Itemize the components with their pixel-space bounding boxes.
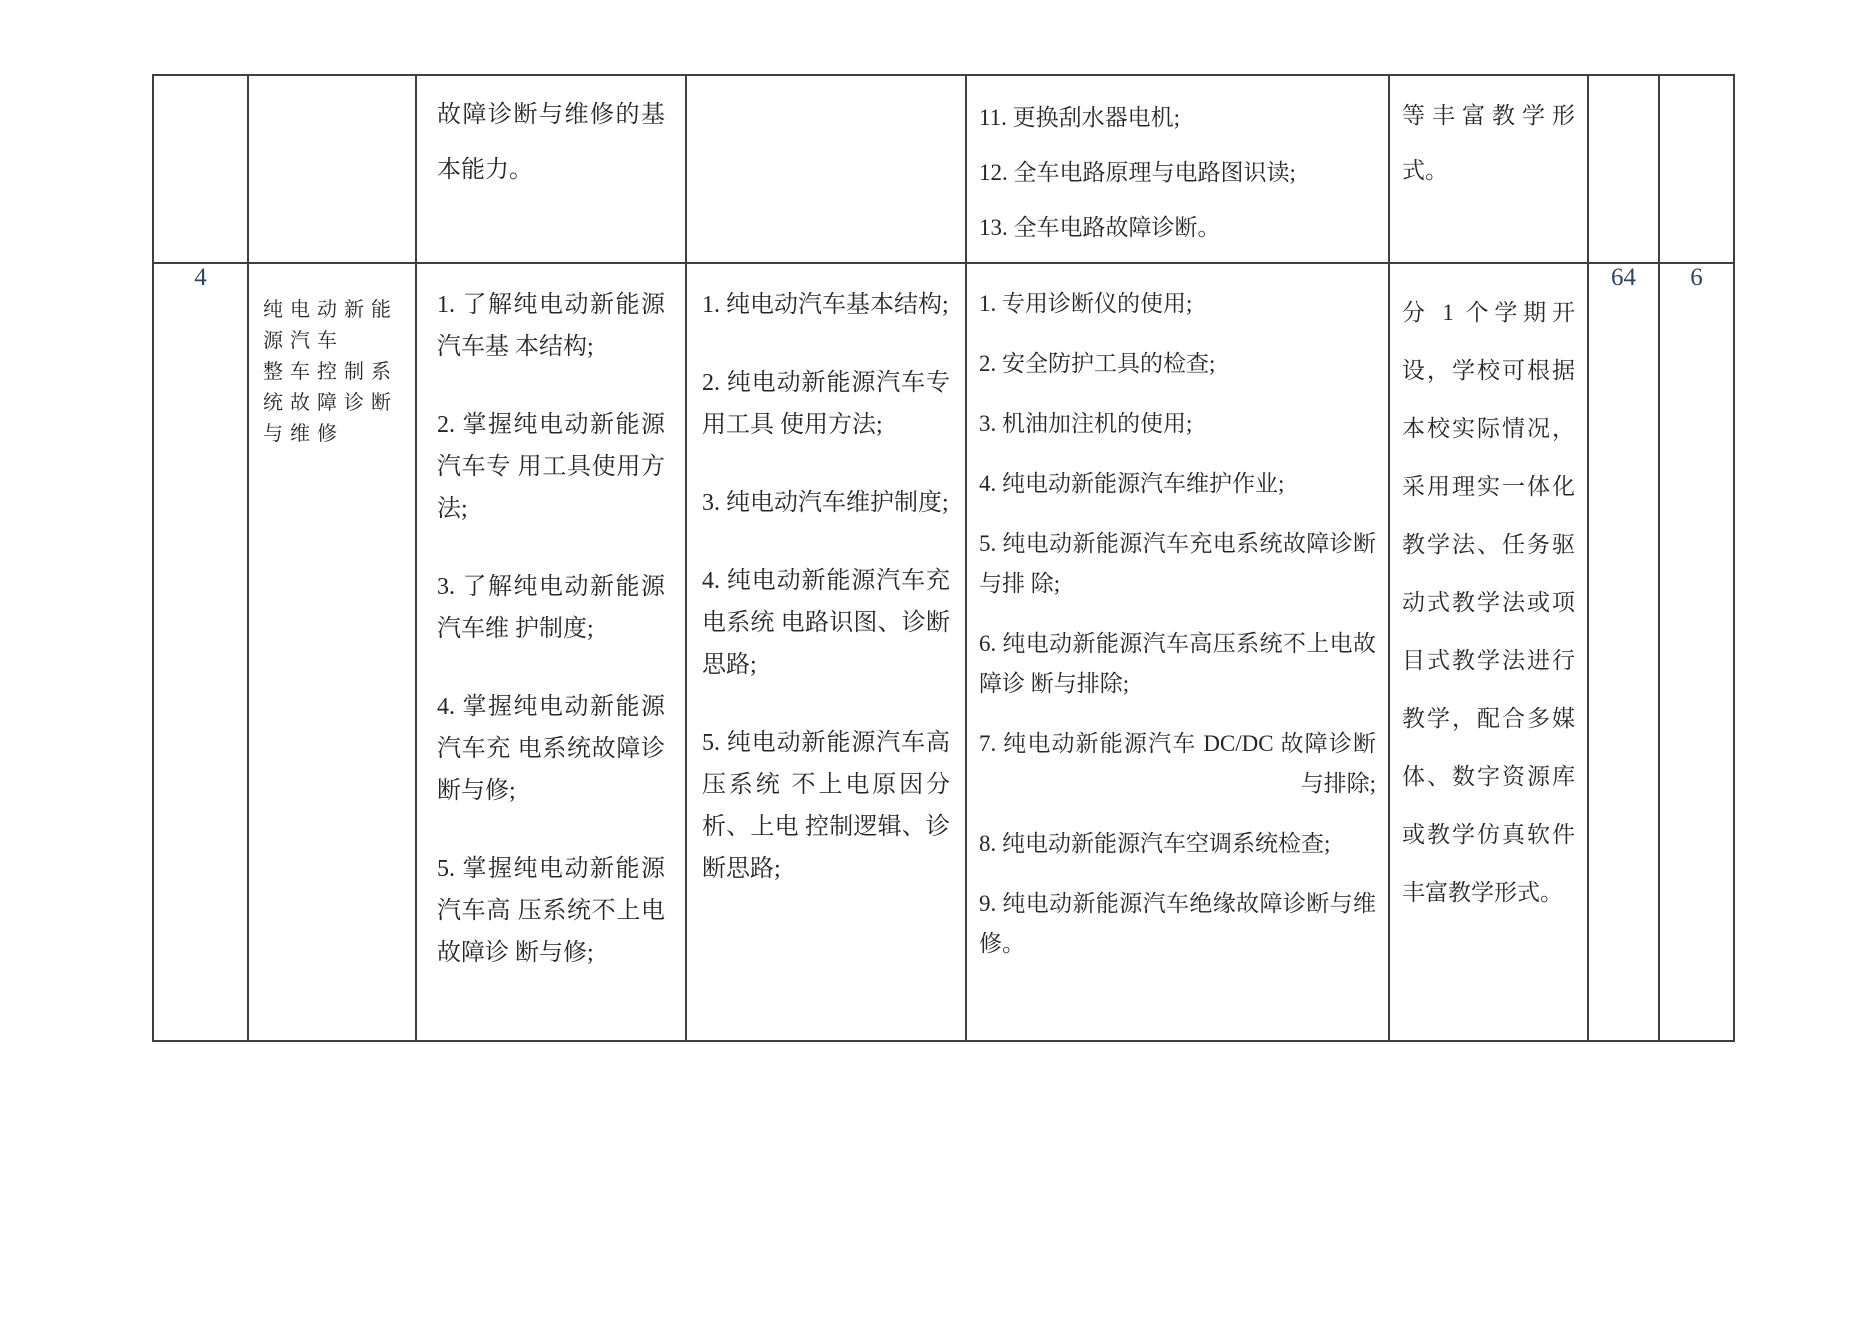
list-item: 3. 机油加注机的使用;: [979, 404, 1376, 444]
cell-credits: 6: [1659, 263, 1734, 1041]
table-row-continuation: 故障诊断与维修的基 本能力。 11. 更换刮水器电机;12. 全车电路原理与电路…: [153, 75, 1734, 263]
list-item: 7. 纯电动新能源汽车 DC/DC 故障诊断与排除;: [979, 724, 1376, 804]
list-item: 2. 掌握纯电动新能源汽车专 用工具使用方法;: [437, 404, 665, 530]
table-row-course-4: 4 纯电动新能 源汽车 整车控制系 统故障诊断 与维修 1. 了解纯电动新能源汽…: [153, 263, 1734, 1041]
objectives-list: 1. 了解纯电动新能源汽车基 本结构;2. 掌握纯电动新能源汽车专 用工具使用方…: [437, 284, 665, 974]
objectives-tail-text: 故障诊断与维修的基 本能力。: [437, 88, 665, 198]
methods-tail-text: 等丰富教学形式。: [1402, 88, 1575, 198]
list-item: 5. 纯电动新能源汽车充电系统故障诊断与排 除;: [979, 524, 1376, 604]
cell-course-index: 4: [153, 263, 248, 1041]
cell-credits-empty: [1659, 75, 1734, 263]
list-item: 3. 了解纯电动新能源汽车维 护制度;: [437, 566, 665, 650]
cell-methods-tail: 等丰富教学形式。: [1389, 75, 1588, 263]
list-item: 12. 全车电路原理与电路图识读;: [979, 145, 1376, 200]
list-item: 1. 了解纯电动新能源汽车基 本结构;: [437, 284, 665, 368]
tasks-tail-list: 11. 更换刮水器电机;12. 全车电路原理与电路图识读;13. 全车电路故障诊…: [979, 90, 1376, 255]
list-item: 8. 纯电动新能源汽车空调系统检查;: [979, 824, 1376, 864]
methods-text: 分 1 个学期开设，学校可根据本校实际情况，采用理实一体化教学法、任务驱动式教学…: [1402, 284, 1575, 922]
course-name: 纯电动新能 源汽车 整车控制系 统故障诊断 与维修: [263, 299, 398, 445]
list-item: 3. 纯电动汽车维护制度;: [702, 482, 950, 524]
hours-value: 64: [1611, 264, 1636, 291]
cell-course-name: 纯电动新能 源汽车 整车控制系 统故障诊断 与维修: [248, 263, 416, 1041]
cell-index-empty: [153, 75, 248, 263]
list-item: 6. 纯电动新能源汽车高压系统不上电故障诊 断与排除;: [979, 624, 1376, 704]
list-item: 9. 纯电动新能源汽车绝缘故障诊断与维修。: [979, 884, 1376, 964]
list-item: 1. 纯电动汽车基本结构;: [702, 284, 950, 326]
cell-methods: 分 1 个学期开设，学校可根据本校实际情况，采用理实一体化教学法、任务驱动式教学…: [1389, 263, 1588, 1041]
document-page: { "colors": { "text": "#262626", "number…: [0, 0, 1871, 1323]
cell-tasks: 1. 专用诊断仪的使用;2. 安全防护工具的检查;3. 机油加注机的使用;4. …: [966, 263, 1389, 1041]
credits-value: 6: [1690, 264, 1703, 291]
contents-list: 1. 纯电动汽车基本结构;2. 纯电动新能源汽车专用工具 使用方法;3. 纯电动…: [702, 284, 950, 890]
list-item: 4. 纯电动新能源汽车充电系统 电路识图、诊断思路;: [702, 560, 950, 686]
cell-hours: 64: [1588, 263, 1659, 1041]
cell-tasks-tail: 11. 更换刮水器电机;12. 全车电路原理与电路图识读;13. 全车电路故障诊…: [966, 75, 1389, 263]
list-item: 4. 掌握纯电动新能源汽车充 电系统故障诊断与修;: [437, 686, 665, 812]
list-item: 2. 安全防护工具的检查;: [979, 344, 1376, 384]
cell-course-name-empty: [248, 75, 416, 263]
cell-contents: 1. 纯电动汽车基本结构;2. 纯电动新能源汽车专用工具 使用方法;3. 纯电动…: [686, 263, 966, 1041]
cell-hours-empty: [1588, 75, 1659, 263]
cell-content-empty: [686, 75, 966, 263]
list-item: 4. 纯电动新能源汽车维护作业;: [979, 464, 1376, 504]
list-item: 13. 全车电路故障诊断。: [979, 200, 1376, 255]
list-item: 2. 纯电动新能源汽车专用工具 使用方法;: [702, 362, 950, 446]
cell-objectives: 1. 了解纯电动新能源汽车基 本结构;2. 掌握纯电动新能源汽车专 用工具使用方…: [416, 263, 686, 1041]
list-item: 5. 掌握纯电动新能源汽车高 压系统不上电故障诊 断与修;: [437, 848, 665, 974]
cell-objectives-tail: 故障诊断与维修的基 本能力。: [416, 75, 686, 263]
curriculum-table: 故障诊断与维修的基 本能力。 11. 更换刮水器电机;12. 全车电路原理与电路…: [152, 74, 1735, 1042]
tasks-list: 1. 专用诊断仪的使用;2. 安全防护工具的检查;3. 机油加注机的使用;4. …: [979, 284, 1376, 964]
list-item: 5. 纯电动新能源汽车高压系统 不上电原因分析、上电 控制逻辑、诊断思路;: [702, 722, 950, 890]
list-item: 11. 更换刮水器电机;: [979, 90, 1376, 145]
list-item: 1. 专用诊断仪的使用;: [979, 284, 1376, 324]
course-index: 4: [194, 264, 207, 291]
